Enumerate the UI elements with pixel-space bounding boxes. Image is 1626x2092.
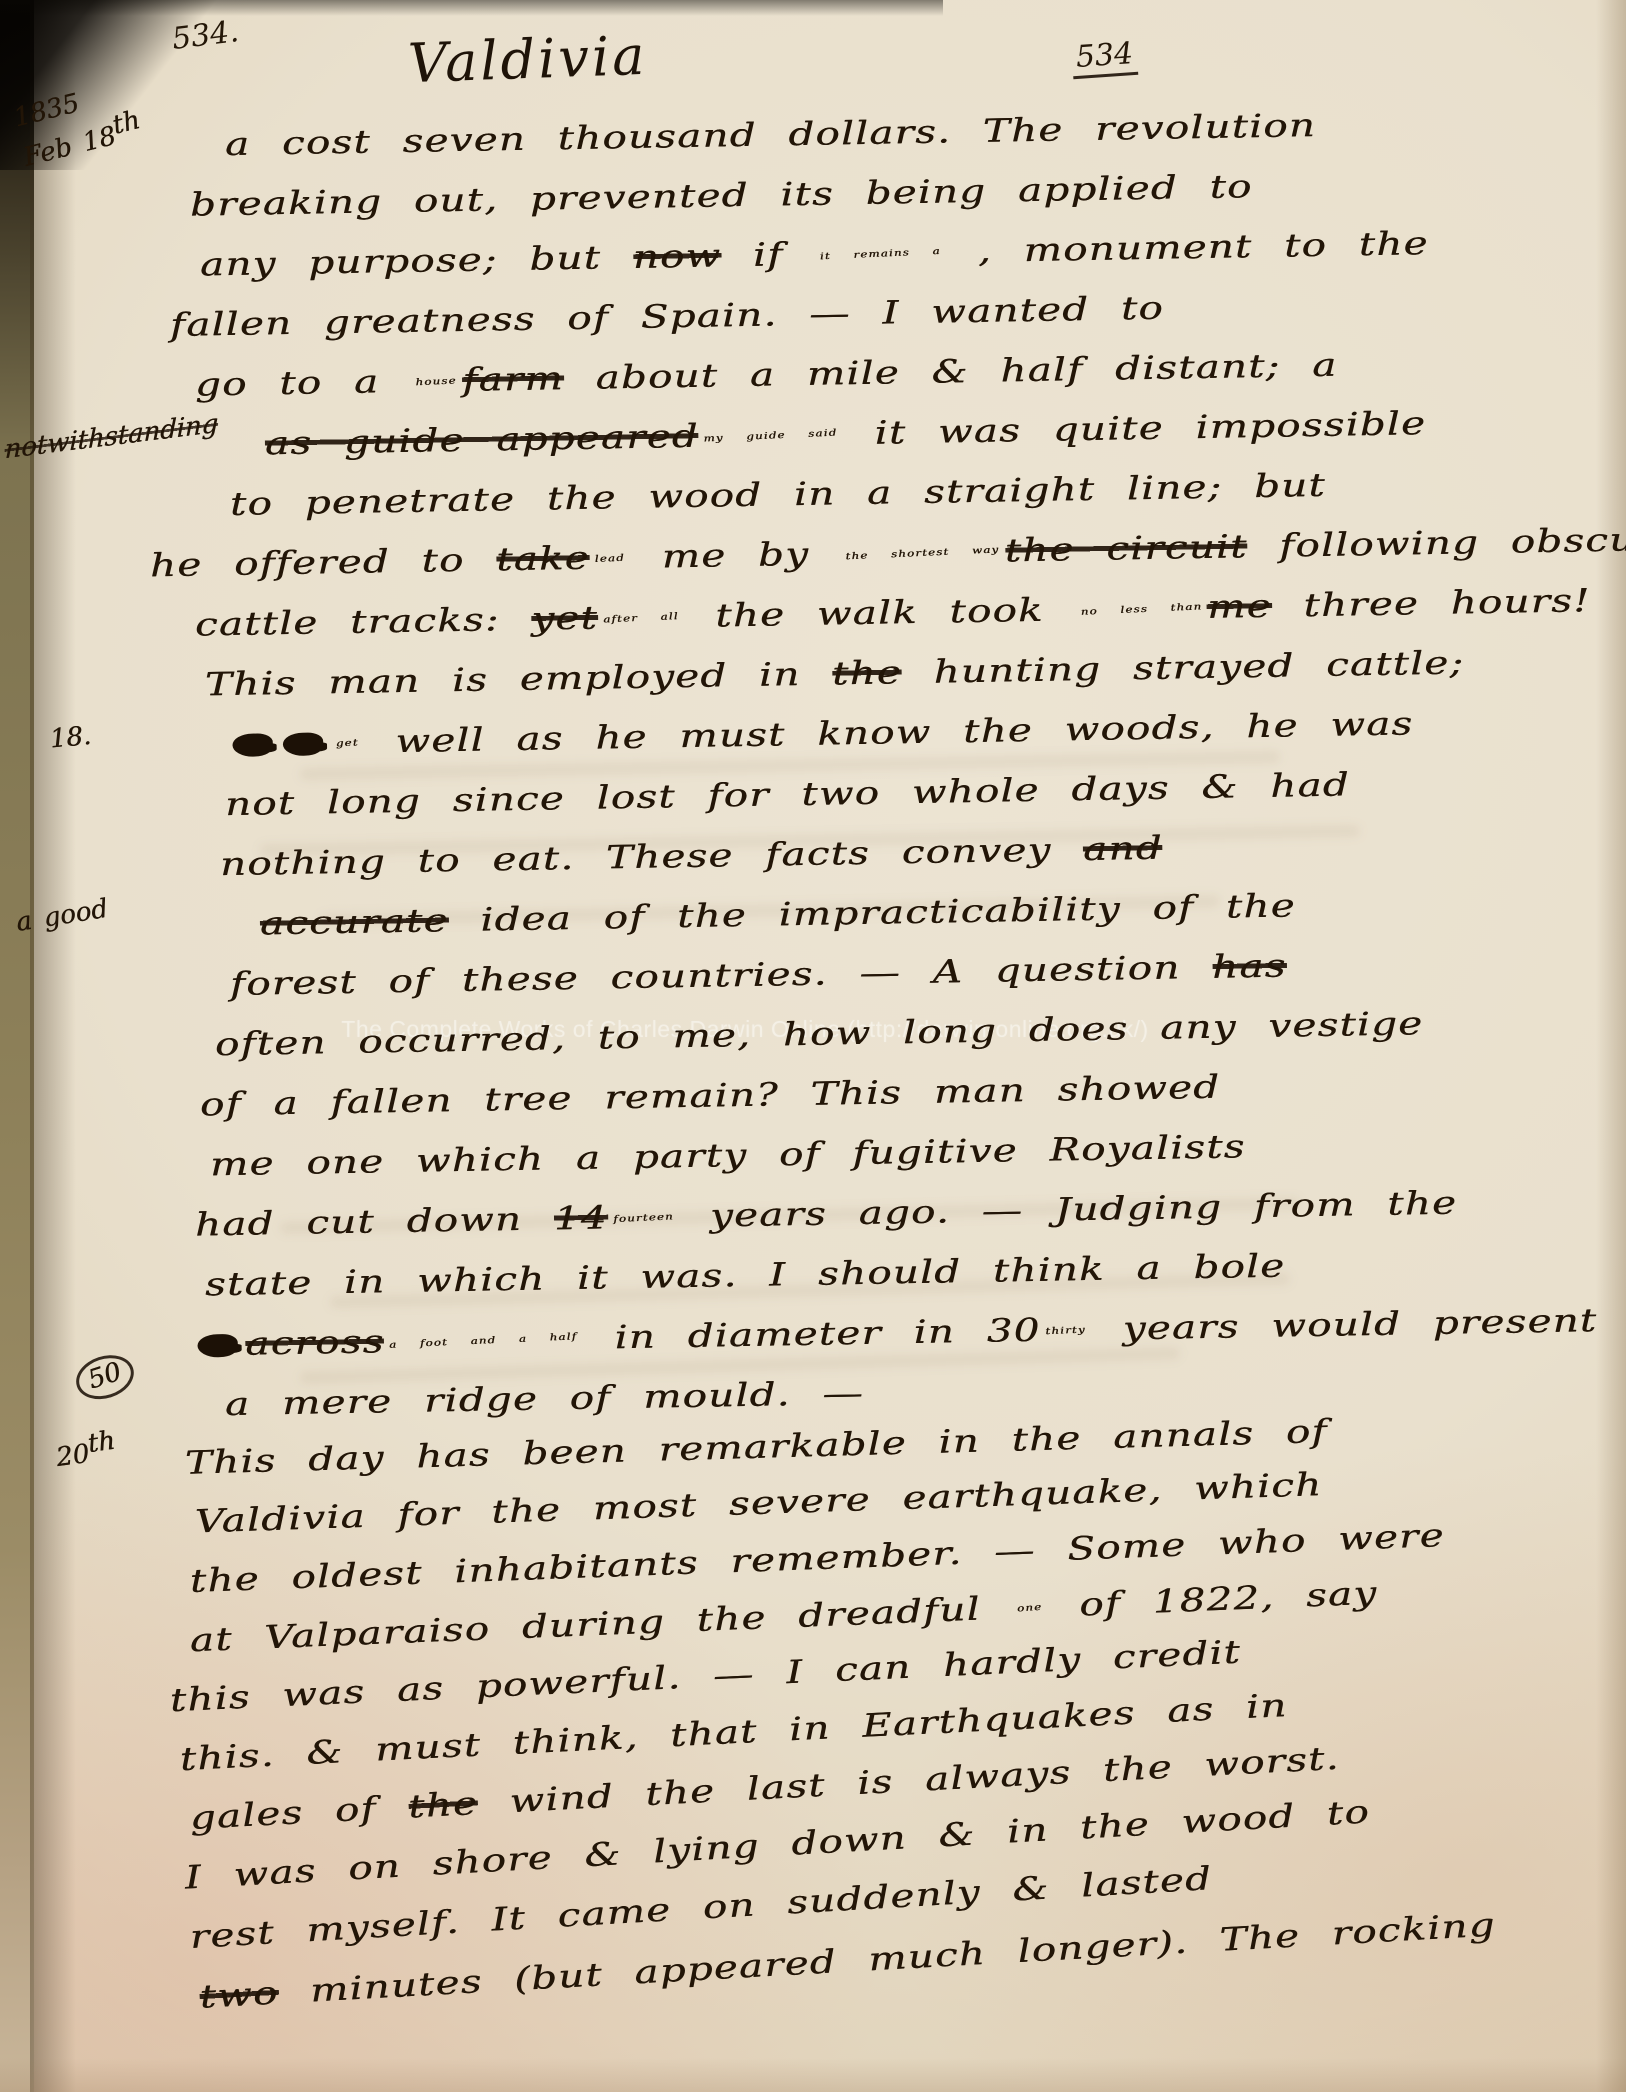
margin-note: notwithstanding [3,409,220,466]
top-edge-shadow [0,0,943,16]
margin-note-row: 50 [73,1352,138,1403]
manuscript-lines: 1835Feb 18tha cost seven thousand dollar… [0,118,1626,2038]
manuscript-photo: 534. Valdivia 534 The Complete Works of … [0,0,1626,2092]
text-run: of a fallen tree remain? This man showed [200,1068,1221,1124]
strikethrough-run: and [1083,829,1163,868]
text-run: not long since lost for two whole days &… [225,765,1350,823]
text-run: about a mile & half distant; a [564,346,1338,397]
text-run: it was quite impossible [843,404,1427,452]
text-run: , monument to the [946,224,1429,270]
text-run: cattle tracks: [195,600,532,644]
text-run: nothing to eat. These facts convey [220,830,1084,883]
insertion-run: house [414,351,459,413]
text-run: if [721,235,815,275]
text-run: 20 [54,1439,91,1473]
margin-note-row: notwithstanding [3,409,220,466]
strikethrough-run: the [832,653,902,692]
text-run: following obscure [1247,520,1626,566]
bottom-edge-shadow [0,2058,1626,2092]
margin-note-row: 20th [53,1426,118,1474]
text-run: breaking out, prevented its being applie… [190,167,1253,224]
text-run: state in which it was. I should think a … [205,1247,1286,1304]
strikethrough-run: now [632,236,721,276]
margin-note-row: 18. [49,721,93,755]
insertion-run: it remains a [818,222,943,287]
strikethrough-run: the circuit [1004,527,1247,569]
insertion-run: get [334,713,361,774]
ink-blot [197,1334,238,1358]
text-run: idea of the impracticability of the [448,886,1296,939]
strikethrough-run: me [1207,587,1272,626]
text-run: fallen greatness of Spain. — I wanted to [170,289,1165,344]
page-title: Valdivia [407,24,648,95]
text-run: well as he must know the woods, he was [363,704,1413,760]
insertion-run: thirty [1044,1300,1088,1362]
text-run: to penetrate the wood in a straight line… [230,466,1326,523]
insertion-run: no less than [1079,577,1204,642]
margin-note: 18. [49,721,93,755]
text-run: years would present [1091,1301,1598,1348]
strikethrough-run: as guide appeared [265,417,700,463]
text-run: forest of these countries. — A question [230,948,1213,1003]
strikethrough-run: has [1212,947,1287,986]
text-run: years ago. — Judging from the [678,1184,1457,1236]
margin-note: 50 [73,1352,138,1403]
strikethrough-run: farm [462,359,564,399]
strikethrough-run: two [199,1973,280,2015]
text-run: any purpose; but [200,238,633,284]
text-run: This man is employed in [205,654,833,703]
insertion-run: after all [601,587,680,650]
text-run: a cost seven thousand dollars. The revol… [225,106,1317,163]
strikethrough-run: accurate [260,901,449,942]
text-run: hunting strayed cattle; [902,643,1465,691]
ink-blot [232,733,273,757]
text-run: a good [14,894,110,938]
text-run: me one which a party of fugitive Royalis… [210,1127,1246,1183]
text-run: often occurred, to me, how long does any… [215,1004,1424,1063]
margin-note: 20th [53,1426,118,1474]
text-run: me by [630,534,842,576]
scrawl-run: notwithstanding [4,409,218,467]
text-run: three hours! [1271,581,1590,625]
text-run: gales of [189,1788,409,1837]
strikethrough-run: take [496,539,590,579]
strikethrough-run: the [407,1784,479,1826]
text-run: the walk took [683,590,1075,635]
text-run: in diameter in 30 [582,1311,1040,1357]
text-run: he offered to [150,540,497,584]
strikethrough-run: across [245,1322,385,1362]
margin-note: a good [14,894,110,939]
insertion-run: lead [593,528,627,589]
insertion-run: fourteen [611,1187,675,1250]
insertion-run: my guide said [702,403,840,469]
insertion-run: the shortest way [844,520,1001,587]
text-run: had cut down [195,1199,554,1243]
folio-number-right: 534 [1071,36,1139,79]
insertion-run: a foot and a half [388,1307,580,1375]
strikethrough-run: 14 [553,1198,607,1237]
ink-blot [283,732,324,756]
text-run: go to a [195,362,412,404]
text-run: 18. [49,721,93,754]
margin-note-row: a good [14,894,110,939]
strikethrough-run: yet [531,599,598,638]
superscript-run: th [86,1426,117,1459]
